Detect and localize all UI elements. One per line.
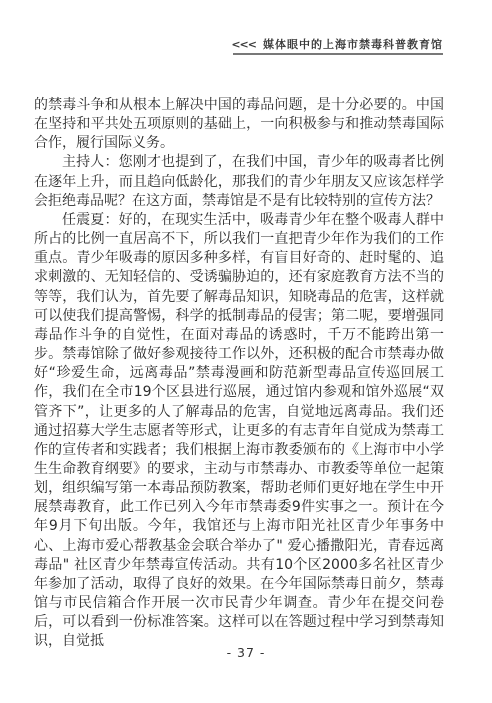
body-text: 的禁毒斗争和从根本上解决中国的毒品问题，是十分必要的。中国在坚持和平共处五项原则… bbox=[34, 96, 444, 652]
book-page: <<<媒体眼中的上海市禁毒科普教育馆 的禁毒斗争和从根本上解决中国的毒品问题，是… bbox=[0, 0, 492, 703]
header-chevrons-icon: <<< bbox=[231, 38, 256, 51]
paragraph-guest-answer: 任震夏：好的，在现实生活中，吸毒青少年在整个吸毒人群中所占的比例一直居高不下，所… bbox=[34, 211, 444, 652]
paragraph-continuation: 的禁毒斗争和从根本上解决中国的毒品问题，是十分必要的。中国在坚持和平共处五项原则… bbox=[34, 96, 444, 153]
page-number: - 37 - bbox=[0, 645, 492, 660]
chapter-title: 媒体眼中的上海市禁毒科普教育馆 bbox=[263, 38, 443, 51]
paragraph-host-question: 主持人：您刚才也提到了，在我们中国，青少年的吸毒者比例在逐年上升，而且趋向低龄化… bbox=[34, 153, 444, 210]
header-rule bbox=[233, 53, 443, 55]
page-header: <<<媒体眼中的上海市禁毒科普教育馆 bbox=[231, 36, 443, 52]
